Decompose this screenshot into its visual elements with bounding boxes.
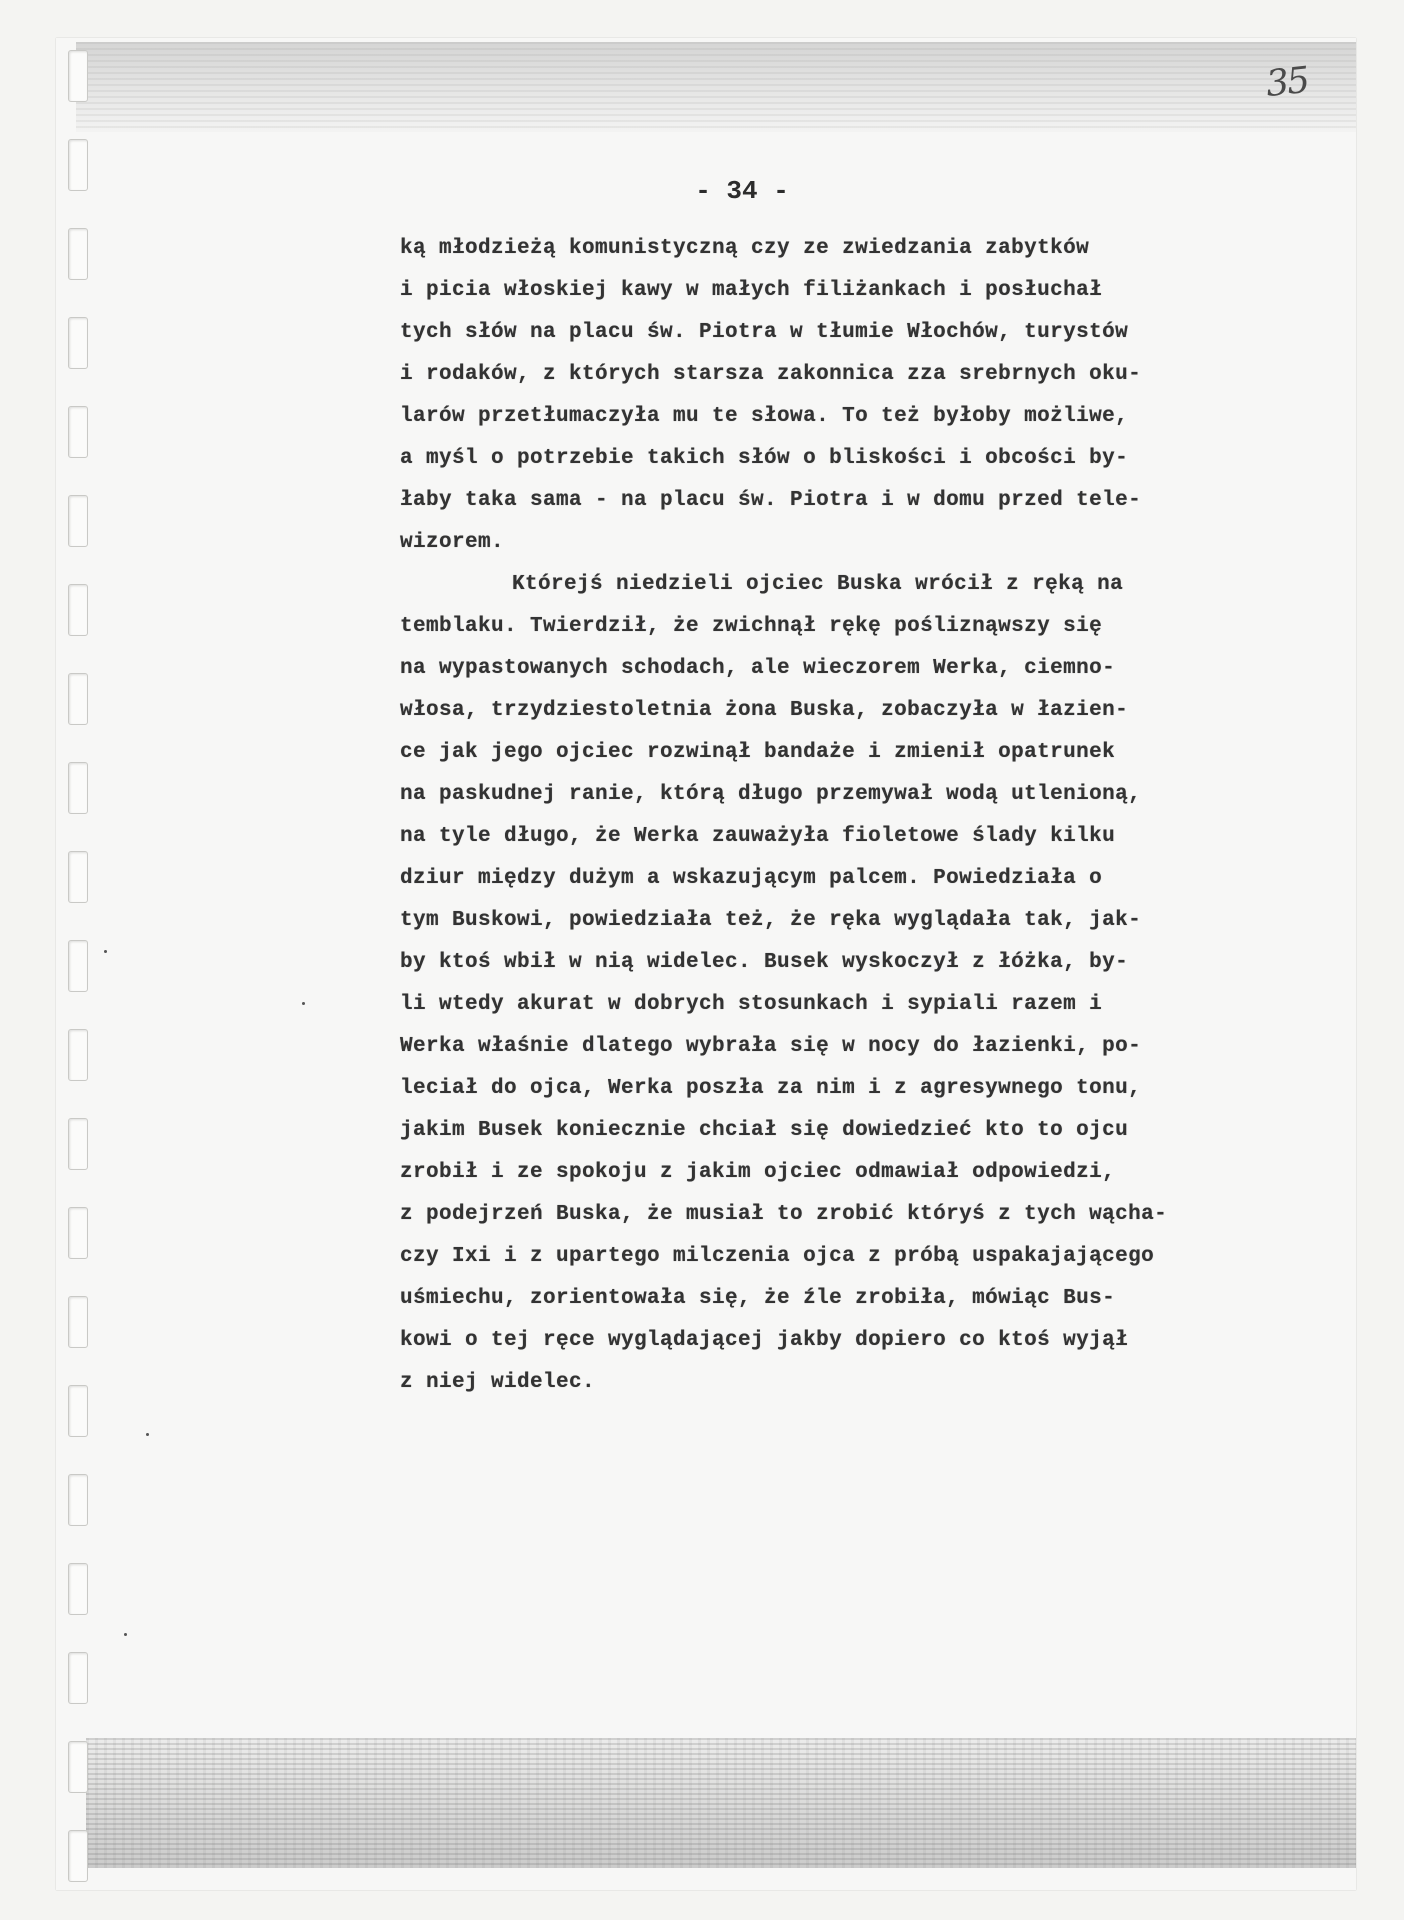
scan-speck: [104, 950, 107, 953]
typewritten-text: ką młodzieżą komunistyczną czy ze zwiedz…: [400, 228, 1340, 1404]
perforation-hole: [68, 1741, 88, 1793]
text-line: czy Ixi i z upartego milczenia ojca z pr…: [400, 1236, 1340, 1278]
scan-speck: [146, 1433, 149, 1436]
text-line: dziur między dużym a wskazującym palcem.…: [400, 858, 1340, 900]
perforation-hole: [68, 1385, 88, 1437]
text-line: i rodaków, z których starsza zakonnica z…: [400, 354, 1340, 396]
text-line: na paskudnej ranie, którą długo przemywa…: [400, 774, 1340, 816]
text-line: z niej widelec.: [400, 1362, 1340, 1404]
text-line: larów przetłumaczyła mu te słowa. To też…: [400, 396, 1340, 438]
perforation-hole: [68, 851, 88, 903]
perforation-hole: [68, 228, 88, 280]
perforation-hole: [68, 1118, 88, 1170]
text-line: tych słów na placu św. Piotra w tłumie W…: [400, 312, 1340, 354]
perforation-hole: [68, 1207, 88, 1259]
text-line: łaby taka sama - na placu św. Piotra i w…: [400, 480, 1340, 522]
text-line: wizorem.: [400, 522, 1340, 564]
perforation-hole: [68, 1029, 88, 1081]
text-line: kowi o tej ręce wyglądającej jakby dopie…: [400, 1320, 1340, 1362]
scan-shading-bottom: [86, 1738, 1356, 1868]
perforation-hole: [68, 1652, 88, 1704]
perforation-hole: [68, 406, 88, 458]
text-line: i picia włoskiej kawy w małych filiżanka…: [400, 270, 1340, 312]
text-line: ce jak jego ojciec rozwinął bandaże i zm…: [400, 732, 1340, 774]
text-line: tym Buskowi, powiedziała też, że ręka wy…: [400, 900, 1340, 942]
perforation-hole: [68, 673, 88, 725]
text-line: zrobił i ze spokoju z jakim ojciec odmaw…: [400, 1152, 1340, 1194]
text-line: li wtedy akurat w dobrych stosunkach i s…: [400, 984, 1340, 1026]
perforation-hole: [68, 1474, 88, 1526]
typed-page-number: - 34 -: [0, 176, 1404, 206]
text-line: Którejś niedzieli ojciec Buska wrócił z …: [400, 564, 1340, 606]
scan-speck: [124, 1633, 127, 1636]
perforation-hole: [68, 1830, 88, 1882]
text-line: ką młodzieżą komunistyczną czy ze zwiedz…: [400, 228, 1340, 270]
handwritten-page-number: 35: [1264, 60, 1310, 105]
text-line: na tyle długo, że Werka zauważyła fiolet…: [400, 816, 1340, 858]
text-line: włosa, trzydziestoletnia żona Buska, zob…: [400, 690, 1340, 732]
paragraph-2: Którejś niedzieli ojciec Buska wrócił z …: [400, 564, 1340, 1404]
perforation-hole: [68, 584, 88, 636]
perforation-hole: [68, 1296, 88, 1348]
perforation-hole: [68, 762, 88, 814]
text-line: Werka właśnie dlatego wybrała się w nocy…: [400, 1026, 1340, 1068]
text-line: na wypastowanych schodach, ale wieczorem…: [400, 648, 1340, 690]
text-line: by ktoś wbił w nią widelec. Busek wyskoc…: [400, 942, 1340, 984]
perforation-hole: [68, 1563, 88, 1615]
text-line: temblaku. Twierdził, że zwichnął rękę po…: [400, 606, 1340, 648]
text-line: jakim Busek koniecznie chciał się dowied…: [400, 1110, 1340, 1152]
perforation-hole: [68, 317, 88, 369]
paragraph-1: ką młodzieżą komunistyczną czy ze zwiedz…: [400, 228, 1340, 564]
text-line: uśmiechu, zorientowała się, że źle zrobi…: [400, 1278, 1340, 1320]
text-line: z podejrzeń Buska, że musiał to zrobić k…: [400, 1194, 1340, 1236]
perforation-hole: [68, 940, 88, 992]
perforation-hole: [68, 495, 88, 547]
scan-speck: [302, 1002, 305, 1005]
text-line: leciał do ojca, Werka poszła za nim i z …: [400, 1068, 1340, 1110]
text-line: a myśl o potrzebie takich słów o bliskoś…: [400, 438, 1340, 480]
scan-shading-top: [76, 42, 1356, 132]
perforation-hole: [68, 50, 88, 102]
